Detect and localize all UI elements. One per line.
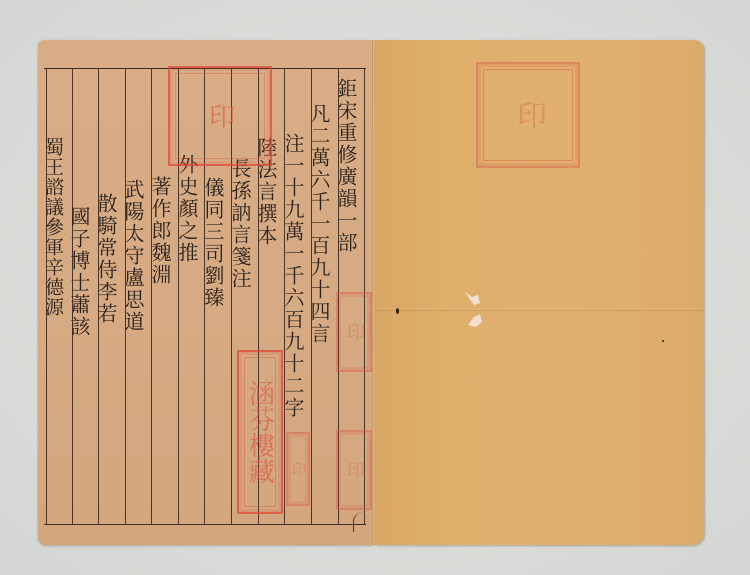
seal-right-page: 印 [476,62,580,168]
text-column: 國子博士蕭該 [69,206,89,338]
text-column: 散騎常侍李若 [96,193,116,325]
paper-tear-mark [462,287,486,329]
text-column: 注一十九萬一千六百九十二字 [283,133,303,419]
seal-inner-border [483,69,573,161]
text-column: 儀同三司劉臻 [203,177,223,309]
text-column: 長孫訥言箋注 [230,158,250,290]
column-rule [151,69,152,524]
text-column: 凡二萬六千一百九十四言 [309,103,329,345]
seal-gutter-upper: 印 [336,292,372,372]
text-column: 著作郎魏淵 [150,176,170,286]
text-column: 外史顏之推 [177,154,197,264]
seal-text: 印 [288,462,308,476]
text-column: 武陽太守盧思道 [123,179,143,333]
block-heart-edge [353,512,368,532]
seal-inner-border [244,357,276,507]
page-fold-crease [374,310,704,311]
seal-text: 印 [341,461,367,479]
ink-speck [662,340,664,342]
seal-text: 印 [341,323,367,341]
seal-bottom-center: 涵芬樓藏 [237,350,283,514]
ink-speck [396,308,399,314]
seal-gutter-lower: 印 [336,430,372,510]
text-column: 蜀王諮議參軍辛德源 [43,137,62,317]
seal-top-left: 印 [168,66,272,166]
text-column-title: 鉅宋重修廣韻一部 [336,78,356,254]
seal-inner-border [175,73,265,159]
seal-column-lower: 印 [286,432,310,506]
